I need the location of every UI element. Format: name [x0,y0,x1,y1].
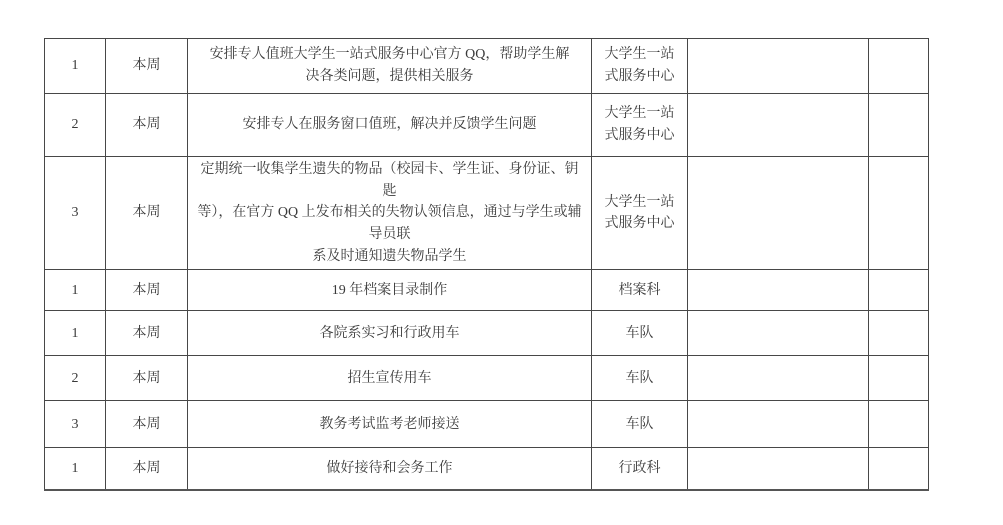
cell-seq: 1 [45,311,106,356]
cell-empty-1 [688,448,869,490]
cell-week: 本周 [106,356,188,401]
cell-seq: 1 [45,39,106,94]
cell-empty-1 [688,356,869,401]
cell-department: 档案科 [592,270,688,311]
cell-task: 招生宣传用车 [188,356,592,401]
cell-seq: 3 [45,157,106,270]
cell-week: 本周 [106,270,188,311]
cell-week: 本周 [106,157,188,270]
cell-empty-1 [688,39,869,94]
document-page: 1 本周 安排专人值班大学生一站式服务中心官方 QQ，帮助学生解 决各类问题，提… [0,0,1003,525]
cell-empty-2 [869,356,929,401]
table-row: 1 本周 安排专人值班大学生一站式服务中心官方 QQ，帮助学生解 决各类问题，提… [45,39,929,94]
cell-task: 教务考试监考老师接送 [188,401,592,448]
cell-week: 本周 [106,448,188,490]
cell-empty-1 [688,401,869,448]
cell-department: 行政科 [592,448,688,490]
cell-task: 各院系实习和行政用车 [188,311,592,356]
cell-task: 安排专人值班大学生一站式服务中心官方 QQ，帮助学生解 决各类问题，提供相关服务 [188,39,592,94]
cell-empty-1 [688,270,869,311]
cell-department: 车队 [592,356,688,401]
cell-seq: 2 [45,356,106,401]
cell-seq: 1 [45,270,106,311]
table-row: 3 本周 定期统一收集学生遗失的物品（校园卡、学生证、身份证、钥匙 等），在官方… [45,157,929,270]
cell-task: 安排专人在服务窗口值班，解决并反馈学生问题 [188,94,592,157]
cell-seq: 2 [45,94,106,157]
cell-empty-2 [869,94,929,157]
cell-department: 大学生一站 式服务中心 [592,157,688,270]
cell-empty-2 [869,448,929,490]
cell-empty-1 [688,311,869,356]
cell-week: 本周 [106,311,188,356]
table-row: 1 本周 做好接待和会务工作 行政科 [45,448,929,490]
cell-seq: 1 [45,448,106,490]
cell-department: 大学生一站 式服务中心 [592,39,688,94]
table-row: 1 本周 各院系实习和行政用车 车队 [45,311,929,356]
cell-task: 19 年档案目录制作 [188,270,592,311]
weekly-task-table: 1 本周 安排专人值班大学生一站式服务中心官方 QQ，帮助学生解 决各类问题，提… [44,38,929,491]
cell-empty-2 [869,311,929,356]
cell-empty-2 [869,39,929,94]
cell-department: 大学生一站 式服务中心 [592,94,688,157]
cell-department: 车队 [592,311,688,356]
table-row: 1 本周 19 年档案目录制作 档案科 [45,270,929,311]
cell-task: 定期统一收集学生遗失的物品（校园卡、学生证、身份证、钥匙 等），在官方 QQ 上… [188,157,592,270]
cell-empty-1 [688,157,869,270]
cell-seq: 3 [45,401,106,448]
table-row: 2 本周 招生宣传用车 车队 [45,356,929,401]
cell-week: 本周 [106,39,188,94]
cell-department: 车队 [592,401,688,448]
table-row: 2 本周 安排专人在服务窗口值班，解决并反馈学生问题 大学生一站 式服务中心 [45,94,929,157]
cell-empty-2 [869,157,929,270]
table-row: 3 本周 教务考试监考老师接送 车队 [45,401,929,448]
cell-week: 本周 [106,401,188,448]
cell-empty-2 [869,270,929,311]
cell-empty-2 [869,401,929,448]
cell-task: 做好接待和会务工作 [188,448,592,490]
cell-empty-1 [688,94,869,157]
cell-week: 本周 [106,94,188,157]
